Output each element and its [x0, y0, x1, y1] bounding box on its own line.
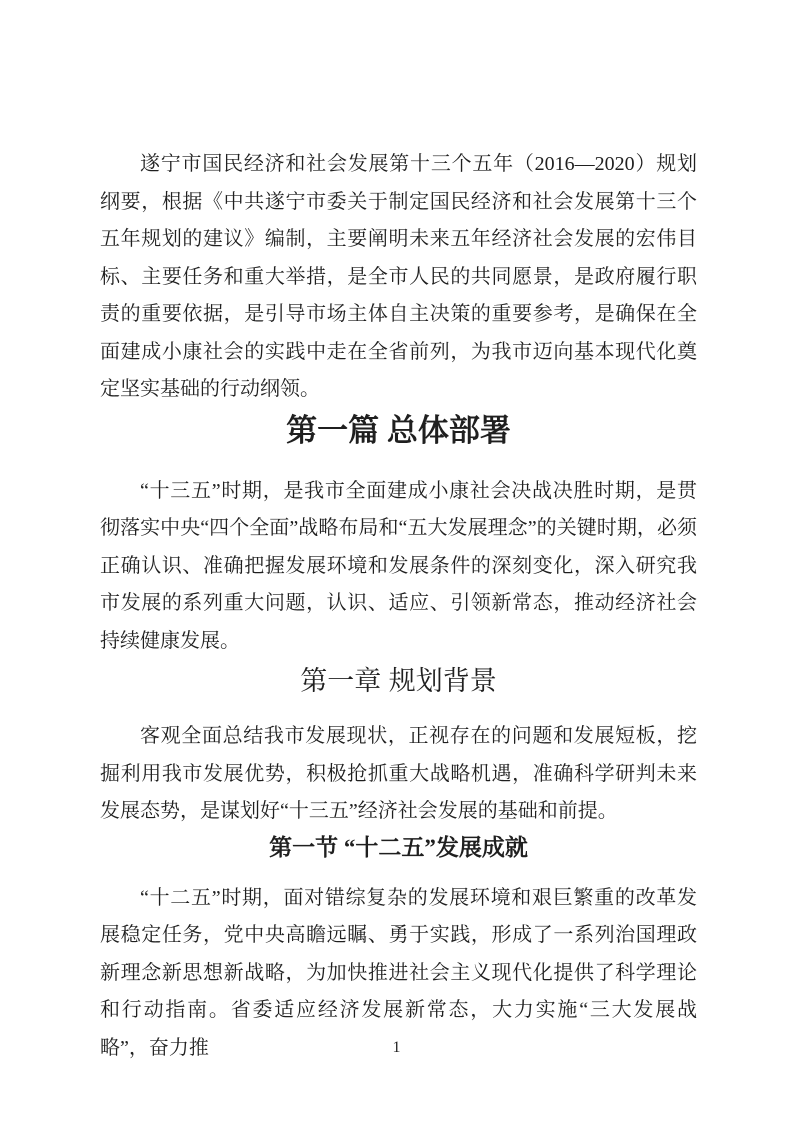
intro-paragraph: 遂宁市国民经济和社会发展第十三个五年（2016—2020）规划纲要，根据《中共遂…	[100, 146, 697, 409]
section-heading: 第一节 “十二五”发展成就	[100, 832, 697, 864]
document-page: 遂宁市国民经济和社会发展第十三个五年（2016—2020）规划纲要，根据《中共遂…	[0, 0, 793, 1122]
part-intro-paragraph: “十三五”时期，是我市全面建成小康社会决战决胜时期，是贯彻落实中央“四个全面”战…	[100, 473, 697, 661]
part-heading: 第一篇 总体部署	[100, 409, 697, 453]
page-number: 1	[0, 1038, 793, 1058]
chapter-intro-paragraph: 客观全面总结我市发展现状，正视存在的问题和发展短板，挖掘利用我市发展优势，积极抢…	[100, 718, 697, 831]
chapter-heading: 第一章 规划背景	[100, 663, 697, 699]
